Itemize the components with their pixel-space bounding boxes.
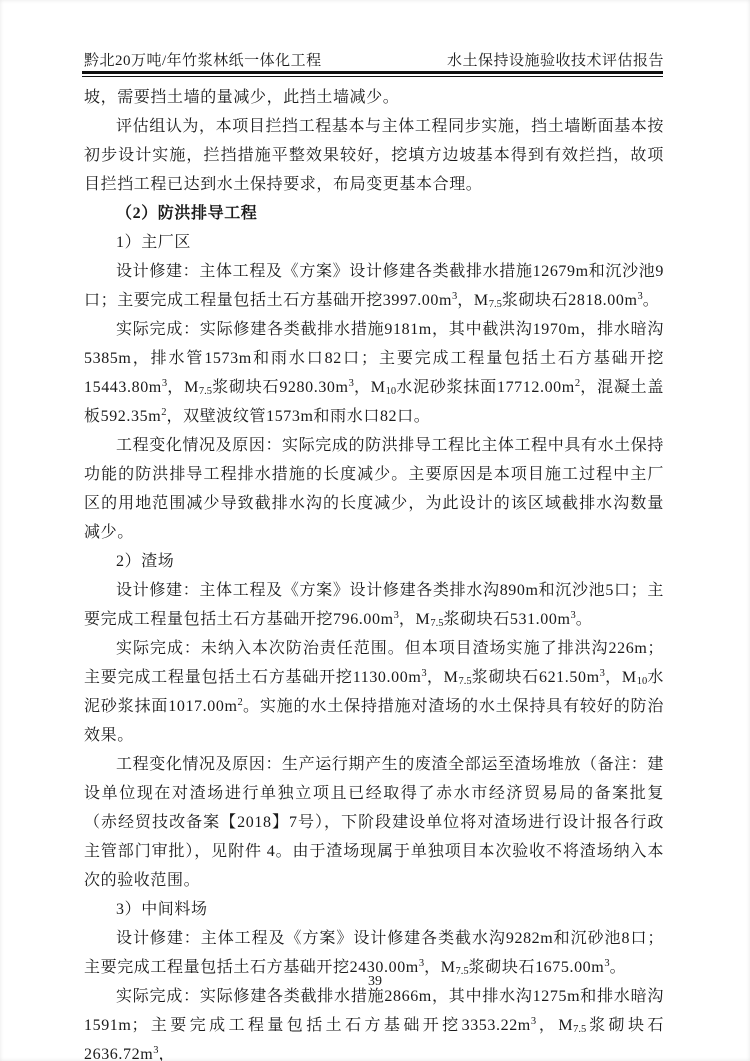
text-run: ，双壁波纹管1573m和雨水口82口。 <box>167 408 431 425</box>
text-run: ，M <box>354 379 386 396</box>
text-run: ， <box>159 1046 176 1061</box>
page-footer: 39 <box>0 974 750 990</box>
paragraph: 坡，需要挡土墙的量减少，此挡土墙减少。 <box>84 83 664 112</box>
text-run: ，M <box>457 292 488 309</box>
document-page: 黔北20万吨/年竹浆林纸一体化工程 水土保持设施验收技术评估报告 坡，需要挡土墙… <box>0 0 750 1061</box>
text-run: ，M <box>605 669 637 686</box>
text-run: ，M <box>167 379 199 396</box>
text-run: 1）主厂区 <box>116 234 191 251</box>
paragraph: 评估组认为，本项目拦挡工程基本与主体工程同步实施，挡土墙断面基本按初步设计实施，… <box>84 112 664 199</box>
sub-heading: 2）渣场 <box>84 547 664 576</box>
subscript: 7.5 <box>430 618 443 629</box>
text-run: （2）防洪排导工程 <box>116 205 257 222</box>
subscript: 10 <box>637 676 648 687</box>
text-run: 2）渣场 <box>116 553 174 570</box>
paragraph: 实际完成：未纳入本次防治责任范围。但本项目渣场实施了排洪沟226m；主要完成工程… <box>84 634 664 750</box>
document-body: 坡，需要挡土墙的量减少，此挡土墙减少。评估组认为，本项目拦挡工程基本与主体工程同… <box>84 83 664 1061</box>
text-run: 浆砌块石531.00m <box>443 611 570 628</box>
paragraph: 实际完成：实际修建各类截排水措施9181m，其中截洪沟1970m，排水暗沟538… <box>84 315 664 431</box>
section-heading: （2）防洪排导工程 <box>84 199 664 228</box>
paragraph: 工程变化情况及原因：生产运行期产生的废渣全部运至渣场堆放（备注：建设单位现在对渣… <box>84 750 664 895</box>
page-header: 黔北20万吨/年竹浆林纸一体化工程 水土保持设施验收技术评估报告 <box>84 49 664 70</box>
text-run: 坡，需要挡土墙的量减少，此挡土墙减少。 <box>84 89 399 106</box>
sub-heading: 3）中间料场 <box>84 895 664 924</box>
text-run: 浆砌块石9280.30m <box>212 379 349 396</box>
text-run: ，M <box>399 611 430 628</box>
header-left-title: 黔北20万吨/年竹浆林纸一体化工程 <box>84 49 322 70</box>
paragraph: 设计修建：主体工程及《方案》设计修建各类排水沟890m和沉沙池5口；主要完成工程… <box>84 576 664 634</box>
page-number: 39 <box>368 974 382 989</box>
text-run: 3）中间料场 <box>116 901 208 918</box>
text-run: 。 <box>643 292 660 309</box>
text-run: 。 <box>576 611 593 628</box>
paragraph: 工程变化情况及原因：实际完成的防洪排导工程比主体工程中具有水土保持功能的防洪排导… <box>84 431 664 547</box>
paragraph: 设计修建：主体工程及《方案》设计修建各类截排水措施12679m和沉沙池9口；主要… <box>84 257 664 315</box>
text-run: 评估组认为，本项目拦挡工程基本与主体工程同步实施，挡土墙断面基本按初步设计实施，… <box>84 118 664 193</box>
text-run: 工程变化情况及原因：生产运行期产生的废渣全部运至渣场堆放（备注：建设单位现在对渣… <box>84 756 664 889</box>
sub-heading: 1）主厂区 <box>84 228 664 257</box>
header-rule <box>82 71 663 77</box>
text-run: 浆砌块石2818.00m <box>502 292 638 309</box>
header-right-title: 水土保持设施验收技术评估报告 <box>447 49 664 70</box>
paragraph: 实际完成：实际修建各类截排水措施2866m，其中排水沟1275m和排水暗沟159… <box>84 982 664 1061</box>
text-run: 浆砌块石621.50m <box>472 669 600 686</box>
text-run: 水泥砂浆抹面17712.00m <box>396 379 575 396</box>
text-run: ，M <box>427 669 459 686</box>
text-run: 工程变化情况及原因：实际完成的防洪排导工程比主体工程中具有水土保持功能的防洪排导… <box>84 437 664 541</box>
subscript: 7.5 <box>573 1024 586 1035</box>
text-run: ，M <box>536 1017 573 1034</box>
subscript: 7.5 <box>489 299 502 310</box>
subscript: 7.5 <box>458 676 471 687</box>
subscript: 7.5 <box>199 386 212 397</box>
subscript: 10 <box>386 386 397 397</box>
